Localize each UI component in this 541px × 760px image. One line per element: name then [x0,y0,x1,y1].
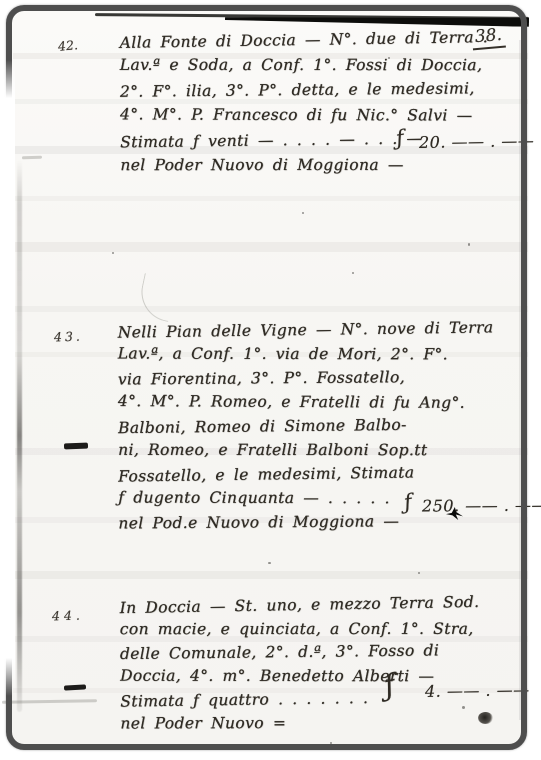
frame-left-fade [0,60,15,696]
scanned-manuscript-image: 38. 42. Alla Fonte di Doccia — N°. due d… [0,0,541,760]
scanner-frame [6,5,527,750]
